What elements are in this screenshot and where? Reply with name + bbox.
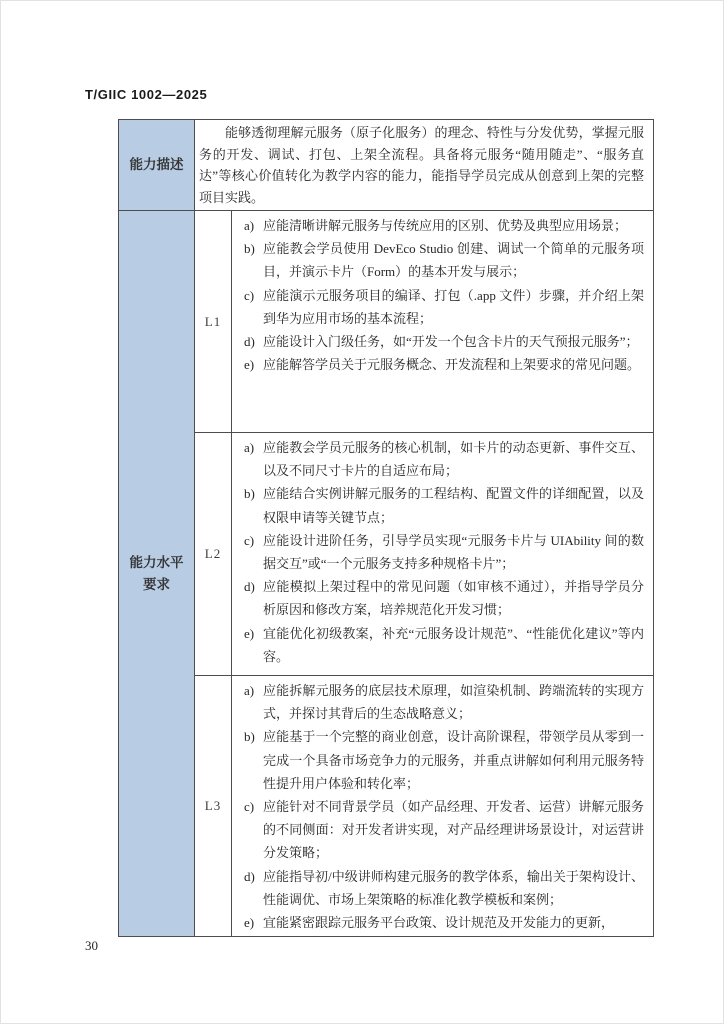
item-marker: c): [236, 529, 263, 575]
item-text: 应能模拟上架过程中的常见问题（如审核不通过），并指导学员分析原因和修改方案，培养…: [263, 575, 644, 621]
level-l1-row: 能力水平要求 L1 a) 应能清晰讲解元服务与传统应用的区别、优势及典型应用场景…: [119, 211, 654, 433]
standard-number-header: T/GIIC 1002—2025: [85, 87, 207, 102]
requirement-item: c) 应能设计进阶任务，引导学员实现“元服务卡片与 UIAbility 间的数据…: [236, 529, 644, 575]
item-text: 应能解答学员关于元服务概念、开发流程和上架要求的常见问题。: [263, 353, 644, 376]
item-marker: d): [236, 330, 263, 353]
level-l2-row: L2 a) 应能教会学员元服务的核心机制，如卡片的动态更新、事件交互、以及不同尺…: [119, 433, 654, 676]
requirement-item: c) 应能针对不同背景学员（如产品经理、开发者、运营）讲解元服务的不同侧面：对开…: [236, 795, 644, 865]
item-text: 应能结合实例讲解元服务的工程结构、配置文件的详细配置，以及权限申请等关键节点；: [263, 482, 644, 528]
requirement-item: b) 应能结合实例讲解元服务的工程结构、配置文件的详细配置，以及权限申请等关键节…: [236, 482, 644, 528]
item-marker: a): [236, 436, 263, 482]
item-marker: d): [236, 865, 263, 911]
item-marker: b): [236, 237, 263, 283]
item-text: 应能演示元服务项目的编译、打包（.app 文件）步骤，并介绍上架到华为应用市场的…: [263, 284, 644, 330]
requirement-item: e) 宜能优化初级教案，补充“元服务设计规范”、“性能优化建议”等内容。: [236, 622, 644, 668]
requirement-item: c) 应能演示元服务项目的编译、打包（.app 文件）步骤，并介绍上架到华为应用…: [236, 284, 644, 330]
item-text: 应能指导初/中级讲师构建元服务的教学体系，输出关于架构设计、性能调优、市场上架策…: [263, 865, 644, 911]
page-number: 30: [85, 938, 98, 954]
item-text: 应能拆解元服务的底层技术原理，如渲染机制、跨端流转的实现方式，并探讨其背后的生态…: [263, 679, 644, 725]
item-marker: e): [236, 911, 263, 934]
requirement-item: d) 应能模拟上架过程中的常见问题（如审核不通过），并指导学员分析原因和修改方案…: [236, 575, 644, 621]
requirement-item: e) 应能解答学员关于元服务概念、开发流程和上架要求的常见问题。: [236, 353, 644, 376]
capability-requirements-label: 能力水平要求: [119, 211, 195, 937]
item-text: 应能清晰讲解元服务与传统应用的区别、优势及典型应用场景；: [263, 214, 644, 237]
item-marker: c): [236, 795, 263, 865]
level-l3-label: L3: [195, 676, 232, 937]
capability-description-label: 能力描述: [119, 120, 195, 211]
level-l3-items-cell: a) 应能拆解元服务的底层技术原理，如渲染机制、跨端流转的实现方式，并探讨其背后…: [232, 676, 654, 937]
item-marker: a): [236, 214, 263, 237]
item-text: 应能针对不同背景学员（如产品经理、开发者、运营）讲解元服务的不同侧面：对开发者讲…: [263, 795, 644, 865]
item-marker: c): [236, 284, 263, 330]
level-l2-label: L2: [195, 433, 232, 676]
requirement-item: a) 应能拆解元服务的底层技术原理，如渲染机制、跨端流转的实现方式，并探讨其背后…: [236, 679, 644, 725]
item-text: 应能教会学员元服务的核心机制，如卡片的动态更新、事件交互、以及不同尺寸卡片的自适…: [263, 436, 644, 482]
level-l2-items: a) 应能教会学员元服务的核心机制，如卡片的动态更新、事件交互、以及不同尺寸卡片…: [236, 435, 644, 668]
level-l1-items-cell: a) 应能清晰讲解元服务与传统应用的区别、优势及典型应用场景； b) 应能教会学…: [232, 211, 654, 433]
item-marker: e): [236, 353, 263, 376]
item-text: 应能教会学员使用 DevEco Studio 创建、调试一个简单的元服务项目，并…: [263, 237, 644, 283]
item-text: 应能基于一个完整的商业创意，设计高阶课程，带领学员从零到一完成一个具备市场竞争力…: [263, 725, 644, 795]
document-page: T/GIIC 1002—2025 能力描述 能够透彻理解元服务（原子化服务）的理…: [0, 0, 724, 1024]
item-text: 宜能紧密跟踪元服务平台政策、设计规范及开发能力的更新，: [263, 911, 644, 934]
item-marker: b): [236, 725, 263, 795]
item-marker: e): [236, 622, 263, 668]
capability-description-row: 能力描述 能够透彻理解元服务（原子化服务）的理念、特性与分发优势，掌握元服务的开…: [119, 120, 654, 211]
requirement-item: d) 应能指导初/中级讲师构建元服务的教学体系，输出关于架构设计、性能调优、市场…: [236, 865, 644, 911]
level-l3-items: a) 应能拆解元服务的底层技术原理，如渲染机制、跨端流转的实现方式，并探讨其背后…: [236, 678, 644, 934]
requirement-item: a) 应能清晰讲解元服务与传统应用的区别、优势及典型应用场景；: [236, 214, 644, 237]
item-marker: a): [236, 679, 263, 725]
capability-description-cell: 能够透彻理解元服务（原子化服务）的理念、特性与分发优势，掌握元服务的开发、调试、…: [195, 120, 654, 211]
requirement-item: d) 应能设计入门级任务，如“开发一个包含卡片的天气预报元服务”；: [236, 330, 644, 353]
requirement-item: a) 应能教会学员元服务的核心机制，如卡片的动态更新、事件交互、以及不同尺寸卡片…: [236, 436, 644, 482]
capability-description-text: 能够透彻理解元服务（原子化服务）的理念、特性与分发优势，掌握元服务的开发、调试、…: [199, 122, 644, 208]
capability-table: 能力描述 能够透彻理解元服务（原子化服务）的理念、特性与分发优势，掌握元服务的开…: [118, 119, 654, 937]
level-l1-label: L1: [195, 211, 232, 433]
item-text: 应能设计进阶任务，引导学员实现“元服务卡片与 UIAbility 间的数据交互”…: [263, 529, 644, 575]
requirement-item: b) 应能基于一个完整的商业创意，设计高阶课程，带领学员从零到一完成一个具备市场…: [236, 725, 644, 795]
level-l1-items: a) 应能清晰讲解元服务与传统应用的区别、优势及典型应用场景； b) 应能教会学…: [236, 213, 644, 376]
level-l3-row: L3 a) 应能拆解元服务的底层技术原理，如渲染机制、跨端流转的实现方式，并探讨…: [119, 676, 654, 937]
level-l2-items-cell: a) 应能教会学员元服务的核心机制，如卡片的动态更新、事件交互、以及不同尺寸卡片…: [232, 433, 654, 676]
item-marker: b): [236, 482, 263, 528]
item-text: 宜能优化初级教案，补充“元服务设计规范”、“性能优化建议”等内容。: [263, 622, 644, 668]
item-marker: d): [236, 575, 263, 621]
requirement-item: b) 应能教会学员使用 DevEco Studio 创建、调试一个简单的元服务项…: [236, 237, 644, 283]
requirement-item: e) 宜能紧密跟踪元服务平台政策、设计规范及开发能力的更新，: [236, 911, 644, 934]
item-text: 应能设计入门级任务，如“开发一个包含卡片的天气预报元服务”；: [263, 330, 644, 353]
